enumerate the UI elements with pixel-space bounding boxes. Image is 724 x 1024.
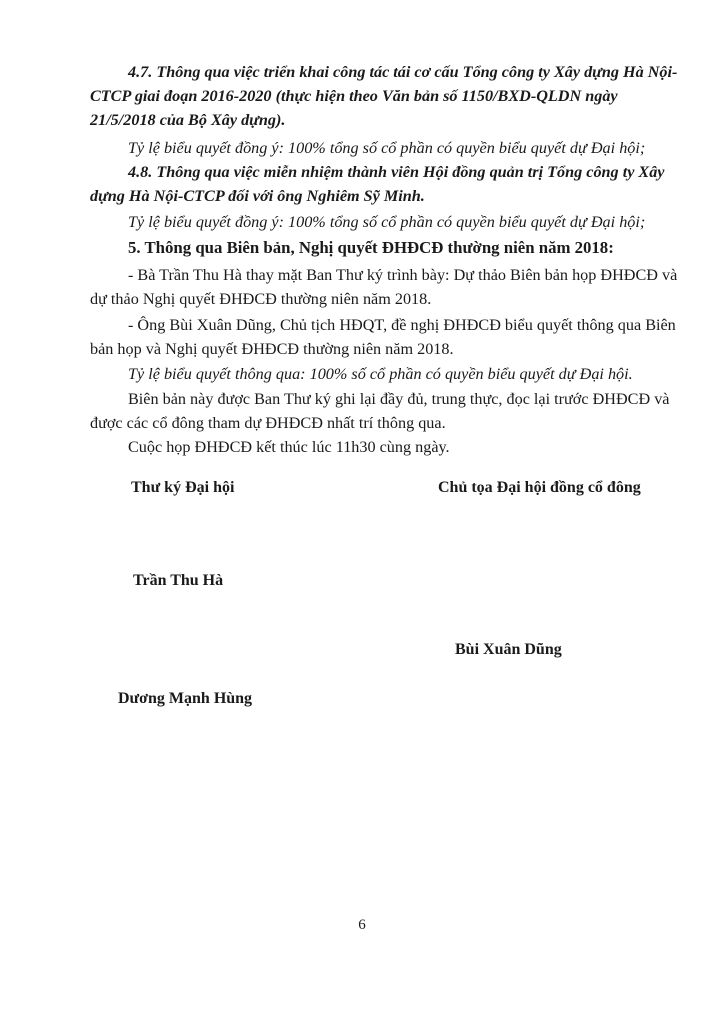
chairman-name: Bùi Xuân Dũng: [455, 641, 562, 659]
closing-paragraph: Biên bản này được Ban Thư ký ghi lại đầy…: [90, 387, 680, 435]
item-4-7-heading: 4.7. Thông qua việc triển khai công tác …: [90, 60, 680, 132]
secretary-name-2: Dương Mạnh Hùng: [118, 690, 252, 708]
section-5-vote: Tỷ lệ biểu quyết thông qua: 100% số cổ p…: [90, 362, 680, 386]
item-4-7-vote: Tỷ lệ biểu quyết đồng ý: 100% tổng số cổ…: [90, 136, 680, 160]
page-number: 6: [0, 917, 724, 934]
secretary-name-1: Trần Thu Hà: [133, 572, 223, 590]
section-5-heading: 5. Thông qua Biên bản, Nghị quyết ĐHĐCĐ …: [90, 236, 680, 260]
secretary-title: Thư ký Đại hội: [131, 479, 234, 497]
meeting-end-time: Cuộc họp ĐHĐCĐ kết thúc lúc 11h30 cùng n…: [90, 435, 680, 459]
section-5-para-1: - Bà Trần Thu Hà thay mặt Ban Thư ký trì…: [90, 263, 680, 311]
item-4-8-vote: Tỷ lệ biểu quyết đồng ý: 100% tổng số cổ…: [90, 210, 680, 234]
chairman-title: Chủ tọa Đại hội đồng cổ đông: [438, 479, 641, 497]
section-5-para-2: - Ông Bùi Xuân Dũng, Chủ tịch HĐQT, đề n…: [90, 313, 680, 361]
item-4-8-heading: 4.8. Thông qua việc miễn nhiệm thành viê…: [90, 160, 680, 208]
